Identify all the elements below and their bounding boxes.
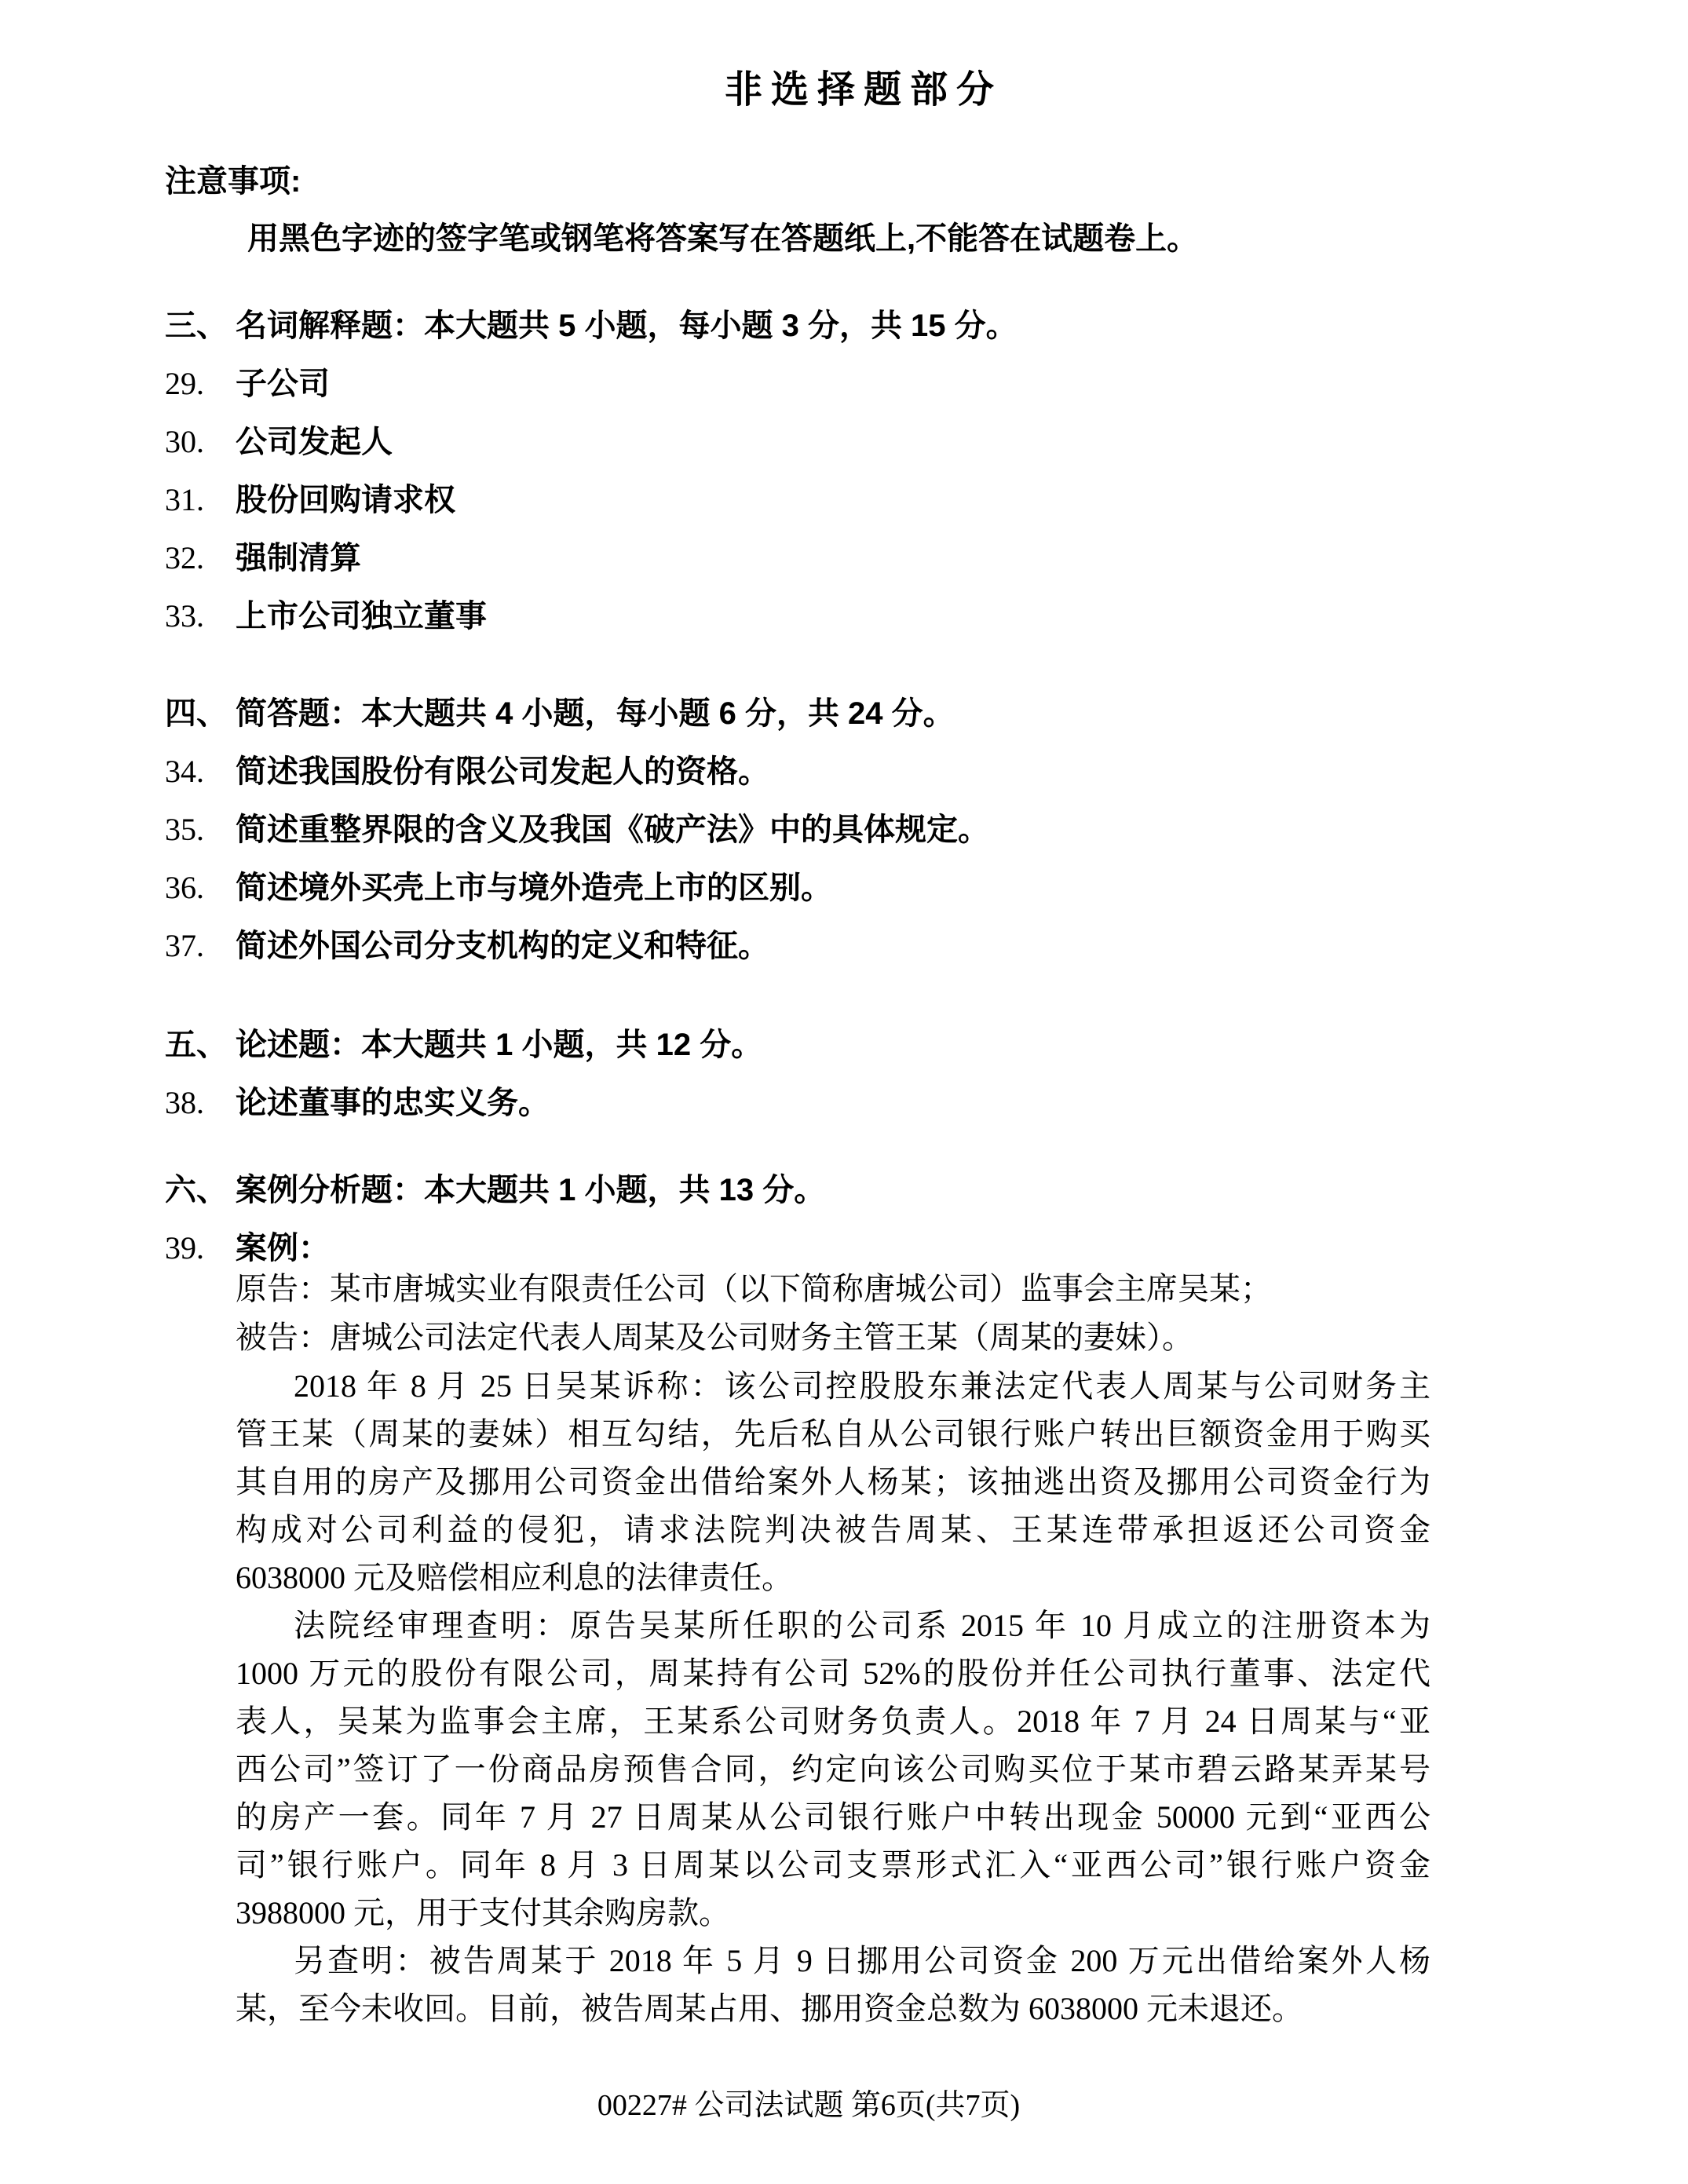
item-number: 36. <box>165 859 236 916</box>
case-paragraph-line: 3988000 元，用于支付其余购房款。 <box>236 1889 1430 1937</box>
section-heading-text: 论述题：本大题共 1 小题，共 12 分。 <box>236 1028 762 1062</box>
case-defendant-line: 被告：唐城公司法定代表人周某及公司财务主管王某（周某的妻妹）。 <box>236 1313 1430 1362</box>
question-item-30: 30.公司发起人 <box>165 413 1688 471</box>
question-item-35: 35.简述重整界限的含义及我国《破产法》中的具体规定。 <box>165 801 1688 859</box>
question-item-33: 33.上市公司独立董事 <box>165 587 1688 645</box>
item-number: 34. <box>165 743 236 800</box>
section-label: 五、 <box>165 1017 236 1074</box>
case-paragraph-line: 某，至今未收回。目前，被告周某占用、挪用资金总数为 6038000 元未退还。 <box>236 1985 1430 2032</box>
question-item-32: 32.强制清算 <box>165 529 1688 587</box>
section-heading-text: 案例分析题：本大题共 1 小题，共 13 分。 <box>236 1173 825 1207</box>
case-paragraph-line: 西公司”签订了一份商品房预售合同，约定向该公司购买位于某市碧云路某弄某号 <box>236 1745 1430 1793</box>
case-paragraph-line: 管王某（周某的妻妹）相互勾结，先后私自从公司银行账户转出巨额资金用于购买 <box>236 1410 1430 1458</box>
case-paragraph-line: 构成对公司利益的侵犯，请求法院判决被告周某、王某连带承担返还公司资金 <box>236 1506 1430 1554</box>
item-text: 强制清算 <box>236 541 361 575</box>
item-text: 上市公司独立董事 <box>236 599 487 634</box>
case-paragraph-line: 其自用的房产及挪用公司资金出借给案外人杨某；该抽逃出资及挪用公司资金行为 <box>236 1458 1430 1506</box>
item-text: 论述董事的忠实义务。 <box>236 1086 550 1120</box>
item-text: 简述境外买壳上市与境外造壳上市的区别。 <box>236 871 832 905</box>
item-text: 简述我国股份有限公司发起人的资格。 <box>236 754 769 789</box>
item-number: 32. <box>165 529 236 586</box>
item-number: 33. <box>165 587 236 645</box>
case-paragraph-line: 1000 万元的股份有限公司，周某持有公司 52%的股份并任公司执行董事、法定代 <box>236 1649 1430 1697</box>
section-label: 六、 <box>165 1162 236 1219</box>
item-number: 37. <box>165 917 236 974</box>
exam-page: 非选择题部分 注意事项: 用黑色字迹的签字笔或钢笔将答案写在答题纸上,不能答在试… <box>0 0 1688 2184</box>
item-text: 子公司 <box>236 367 330 401</box>
question-item-29: 29.子公司 <box>165 355 1688 413</box>
page-footer: 00227# 公司法试题 第6页(共7页) <box>0 2086 1653 2125</box>
item-number: 31. <box>165 471 236 528</box>
section-label: 三、 <box>165 298 236 355</box>
question-item-34: 34.简述我国股份有限公司发起人的资格。 <box>165 743 1688 801</box>
item-text: 简述外国公司分支机构的定义和特征。 <box>236 929 769 963</box>
section-heading-4: 四、简答题：本大题共 4 小题，每小题 6 分，共 24 分。 <box>165 685 1688 743</box>
item-number: 30. <box>165 413 236 470</box>
item-text: 简述重整界限的含义及我国《破产法》中的具体规定。 <box>236 813 989 847</box>
case-paragraph-line: 2018 年 8 月 25 日吴某诉称：该公司控股股东兼法定代表人周某与公司财务… <box>236 1362 1430 1410</box>
section-heading-3: 三、名词解释题：本大题共 5 小题，每小题 3 分，共 15 分。 <box>165 297 1688 355</box>
case-paragraph-line: 表人，吴某为监事会主席，王某系公司财务负责人。2018 年 7 月 24 日周某… <box>236 1697 1430 1745</box>
notice-label: 注意事项: <box>165 153 1688 210</box>
page-title: 非选择题部分 <box>20 67 1688 114</box>
item-number: 39. <box>165 1219 236 1276</box>
question-item-31: 31.股份回购请求权 <box>165 471 1688 529</box>
case-paragraph-line: 6038000 元及赔偿相应利息的法律责任。 <box>236 1554 1430 1601</box>
case-paragraph-line: 司”银行账户。同年 8 月 3 日周某以公司支票形式汇入“亚西公司”银行账户资金 <box>236 1841 1430 1889</box>
question-item-37: 37.简述外国公司分支机构的定义和特征。 <box>165 917 1688 975</box>
case-paragraph-line: 的房产一套。同年 7 月 27 日周某从公司银行账户中转出现金 50000 元到… <box>236 1793 1430 1841</box>
question-item-36: 36.简述境外买壳上市与境外造壳上市的区别。 <box>165 859 1688 917</box>
item-text: 公司发起人 <box>236 425 393 459</box>
case-plaintiff-line: 原告：某市唐城实业有限责任公司（以下简称唐城公司）监事会主席吴某； <box>236 1265 1430 1313</box>
section-heading-text: 简答题：本大题共 4 小题，每小题 6 分，共 24 分。 <box>236 696 955 731</box>
case-paragraph-line: 法院经审理查明：原告吴某所任职的公司系 2015 年 10 月成立的注册资本为 <box>236 1601 1430 1649</box>
item-text: 案例： <box>236 1231 330 1265</box>
item-text: 股份回购请求权 <box>236 483 455 517</box>
section-label: 四、 <box>165 685 236 743</box>
section-heading-text: 名词解释题：本大题共 5 小题，每小题 3 分，共 15 分。 <box>236 309 1018 343</box>
item-number: 38. <box>165 1074 236 1131</box>
section-heading-5: 五、论述题：本大题共 1 小题，共 12 分。 <box>165 1016 1688 1074</box>
section-heading-6: 六、案例分析题：本大题共 1 小题，共 13 分。 <box>165 1161 1688 1219</box>
item-number: 35. <box>165 801 236 858</box>
case-paragraph-line: 另查明：被告周某于 2018 年 5 月 9 日挪用公司资金 200 万元出借给… <box>236 1937 1430 1985</box>
question-item-38: 38.论述董事的忠实义务。 <box>165 1074 1688 1132</box>
notice-text: 用黑色字迹的签字笔或钢笔将答案写在答题纸上,不能答在试题卷上。 <box>247 210 1688 268</box>
item-number: 29. <box>165 355 236 412</box>
